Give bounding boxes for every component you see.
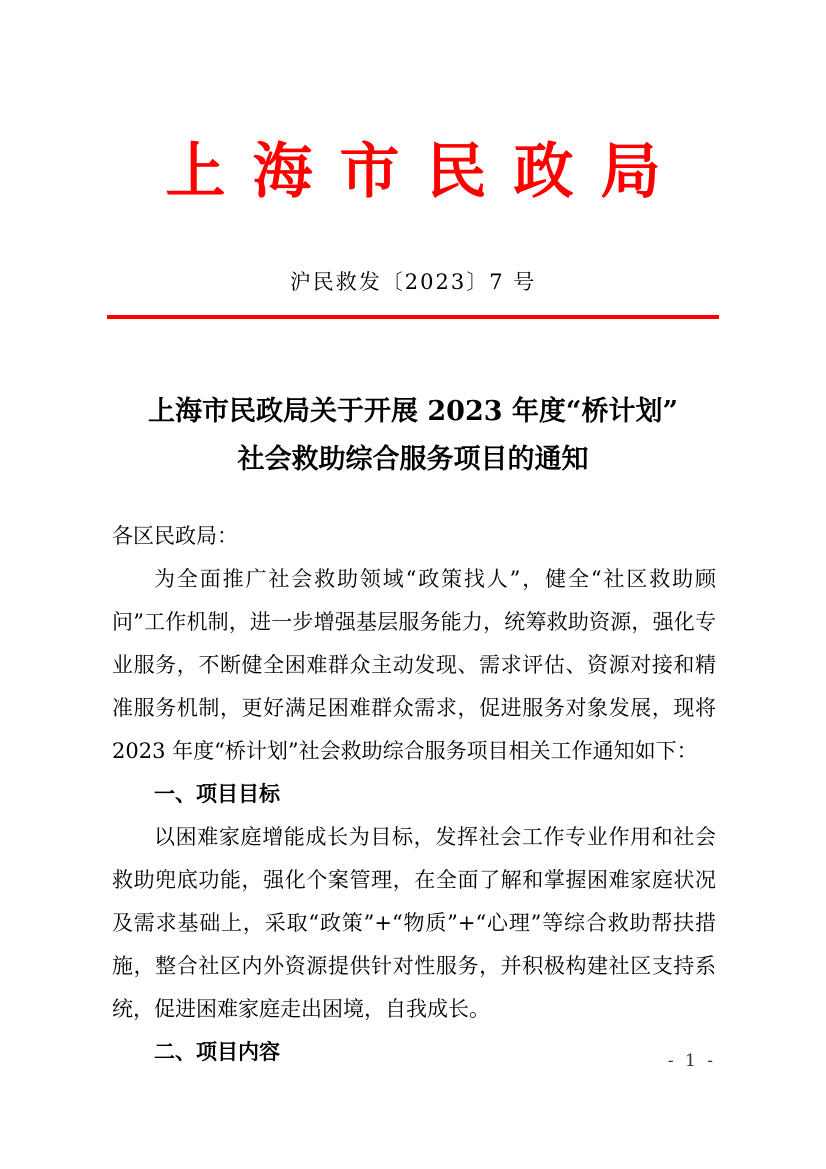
section-heading-project-goals: 一、项目目标 <box>112 773 716 816</box>
page-number: - 1 - <box>668 1051 716 1071</box>
document-body: 各区民政局： 为全面推广社会救助领域“政策找人”，健全“社区救助顾问”工作机制，… <box>112 515 716 1074</box>
agency-header-title: 上海市民政局 <box>0 124 826 210</box>
document-title-line2: 社会救助综合服务项目的通知 <box>0 436 826 484</box>
section-heading-project-content: 二、项目内容 <box>112 1031 716 1074</box>
document-page: 上海市民政局 沪民救发〔2023〕7 号 上海市民政局关于开展 2023 年度“… <box>0 0 826 1169</box>
paragraph-intro: 为全面推广社会救助领域“政策找人”，健全“社区救助顾问”工作机制，进一步增强基层… <box>112 558 716 773</box>
red-separator-line <box>107 315 719 319</box>
document-number: 沪民救发〔2023〕7 号 <box>0 266 826 296</box>
document-title: 上海市民政局关于开展 2023 年度“桥计划” 社会救助综合服务项目的通知 <box>0 388 826 484</box>
salutation: 各区民政局： <box>112 515 716 558</box>
paragraph-project-goals: 以困难家庭增能成长为目标，发挥社会工作专业作用和社会救助兜底功能，强化个案管理，… <box>112 816 716 1031</box>
document-title-line1: 上海市民政局关于开展 2023 年度“桥计划” <box>0 388 826 436</box>
